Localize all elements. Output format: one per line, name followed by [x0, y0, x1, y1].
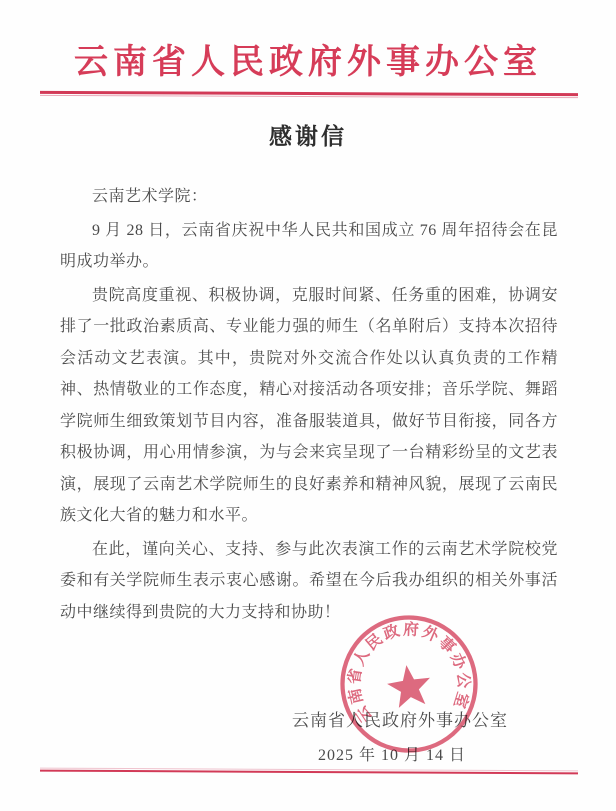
signature-date: 2025 年 10 月 14 日	[0, 742, 616, 765]
letter-body: 云南艺术学院： 9 月 28 日，云南省庆祝中华人民共和国成立 76 周年招待会…	[60, 181, 558, 628]
seal-star-icon	[385, 662, 434, 709]
letterhead-title: 云南省人民政府外事办公室	[0, 34, 616, 83]
signature-org: 云南省人民政府外事办公室	[0, 706, 616, 731]
scanned-letter-page: 云南省人民政府外事办公室 感谢信 云南艺术学院： 9 月 28 日，云南省庆祝中…	[0, 0, 616, 811]
document-title: 感谢信	[0, 118, 616, 151]
letterhead-rule	[40, 91, 578, 98]
paragraph-2: 贵院高度重视、积极协调，克服时间紧、任务重的困难，协调安排了一批政治素质高、专业…	[60, 280, 558, 532]
salutation: 云南艺术学院：	[60, 181, 558, 213]
paragraph-3: 在此，谨向关心、支持、参与此次表演工作的云南艺术学院校党委和有关学院师生表示衷心…	[60, 534, 558, 629]
paragraph-1: 9 月 28 日，云南省庆祝中华人民共和国成立 76 周年招待会在昆明成功举办。	[60, 215, 558, 278]
footer-rule	[40, 768, 578, 775]
seal-ring	[334, 609, 484, 759]
